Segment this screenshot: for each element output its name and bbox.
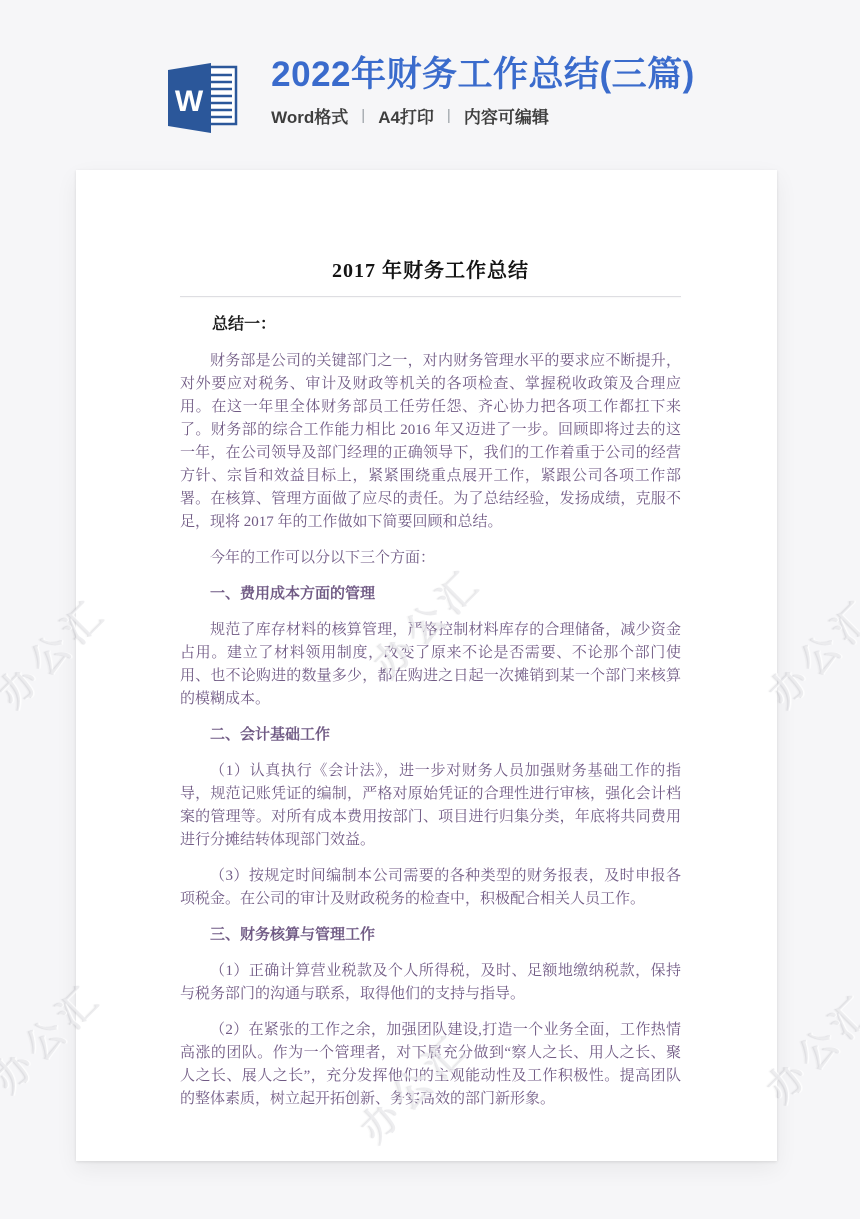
separator-bar: | — [447, 107, 451, 124]
attr-a4-print: A4打印 — [378, 103, 434, 128]
attr-word-format: Word格式 — [271, 103, 348, 128]
doc-paragraph: 今年的工作可以分以下三个方面： — [180, 547, 681, 570]
word-document-icon: W — [165, 60, 239, 136]
doc-section-heading: 一、费用成本方面的管理 — [180, 583, 681, 606]
doc-section-heading: 二、会计基础工作 — [180, 724, 681, 747]
doc-title: 2017 年财务工作总结 — [180, 258, 681, 284]
doc-section-heading: 三、财务核算与管理工作 — [180, 924, 681, 947]
doc-paragraph: （2）在紧张的工作之余，加强团队建设,打造一个业务全面，工作热情高涨的团队。作为… — [180, 1019, 681, 1111]
document-page-preview: 2017 年财务工作总结 总结一：财务部是公司的关键部门之一，对内财务管理水平的… — [76, 170, 777, 1161]
file-attributes: Word格式 | A4打印 | 内容可编辑 — [271, 103, 695, 128]
download-header: W 2022年财务工作总结(三篇) Word格式 | A4打印 | 内容可编辑 — [0, 56, 860, 136]
separator-bar: | — [361, 107, 365, 124]
doc-paragraph: 财务部是公司的关键部门之一，对内财务管理水平的要求应不断提升，对外要应对税务、审… — [180, 350, 681, 534]
doc-summary-label: 总结一： — [180, 313, 681, 336]
doc-paragraph: （1）认真执行《会计法》，进一步对财务人员加强财务基础工作的指导，规范记账凭证的… — [180, 760, 681, 852]
doc-paragraph: （1）正确计算营业税款及个人所得税，及时、足额地缴纳税款，保持与税务部门的沟通与… — [180, 960, 681, 1006]
title-divider — [180, 296, 681, 297]
doc-paragraph: 规范了库存材料的核算管理，严格控制材料库存的合理储备，减少资金占用。建立了材料领… — [180, 619, 681, 711]
download-title: 2022年财务工作总结(三篇) — [271, 56, 695, 94]
doc-paragraph: （3）按规定时间编制本公司需要的各种类型的财务报表，及时申报各项税金。在公司的审… — [180, 865, 681, 911]
attr-editable: 内容可编辑 — [464, 103, 549, 128]
doc-body: 总结一：财务部是公司的关键部门之一，对内财务管理水平的要求应不断提升，对外要应对… — [180, 313, 681, 1111]
document-content: 2017 年财务工作总结 总结一：财务部是公司的关键部门之一，对内财务管理水平的… — [76, 170, 777, 1111]
word-icon-letter: W — [175, 85, 204, 118]
